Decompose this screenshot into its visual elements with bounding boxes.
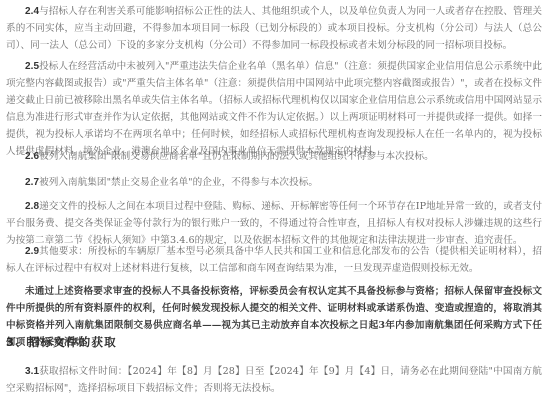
paragraph-2-6: 2.6被列入南航集团"限制交易供应商名单"且仍在限制期内的法人或其他组织不得参与… bbox=[6, 148, 542, 165]
clause-number: 2.5 bbox=[25, 61, 39, 72]
clause-number: 2.6 bbox=[25, 151, 39, 162]
clause-number: 2.9 bbox=[25, 246, 39, 257]
paragraph-2-5: 2.5投标人在经营活动中未被列入"严重违法失信企业名单（黑名单）信息"（注意：须… bbox=[6, 58, 542, 160]
paragraph-2-8: 2.8递交文件的投标人之间在本项目过程中登陆、购标、递标、开标解密等任何一个环节… bbox=[6, 198, 542, 249]
clause-text: 被列入南航集团"禁止交易企业名单"的企业，不得参与本次投标。 bbox=[39, 177, 318, 188]
clause-text: 其他要求：所投标的车辆原厂基本型号必须具备中华人民共和国工业和信息化部发布的公告… bbox=[6, 246, 542, 274]
clause-number: 2.8 bbox=[25, 201, 39, 212]
paragraph-2-4: 2.4与招标人存在利害关系可能影响招标公正性的法人、其他组织或个人，以及单位负责… bbox=[6, 3, 542, 54]
document-page: 2.4与招标人存在利害关系可能影响招标公正性的法人、其他组织或个人，以及单位负责… bbox=[0, 0, 550, 398]
clause-number: 2.4 bbox=[25, 6, 39, 17]
clause-number: 2.7 bbox=[25, 177, 39, 188]
clause-text: 被列入南航集团"限制交易供应商名单"且仍在限制期内的法人或其他组织不得参与本次投… bbox=[39, 151, 434, 162]
paragraph-2-9: 2.9其他要求：所投标的车辆原厂基本型号必须具备中华人民共和国工业和信息化部发布… bbox=[6, 243, 542, 277]
clause-text: 递交文件的投标人之间在本项目过程中登陆、购标、递标、开标解密等任何一个环节存在I… bbox=[6, 201, 542, 246]
paragraph-2-7: 2.7被列入南航集团"禁止交易企业名单"的企业，不得参与本次投标。 bbox=[6, 174, 542, 191]
clause-text: 与招标人存在利害关系可能影响招标公正性的法人、其他组织或个人，以及单位负责人为同… bbox=[6, 6, 542, 51]
clause-text: 投标人在经营活动中未被列入"严重违法失信企业名单（黑名单）信息"（注意：须提供国… bbox=[6, 61, 542, 157]
paragraph-3-1: 3.1获取招标文件时间：【2024】年【8】月【28】日至【2024】年【9】月… bbox=[6, 363, 542, 397]
clause-text: 获取招标文件时间：【2024】年【8】月【28】日至【2024】年【9】月【4】… bbox=[6, 366, 542, 394]
section-heading-3: 3、招标文件的获取 bbox=[6, 334, 117, 350]
clause-number: 3.1 bbox=[25, 366, 39, 377]
